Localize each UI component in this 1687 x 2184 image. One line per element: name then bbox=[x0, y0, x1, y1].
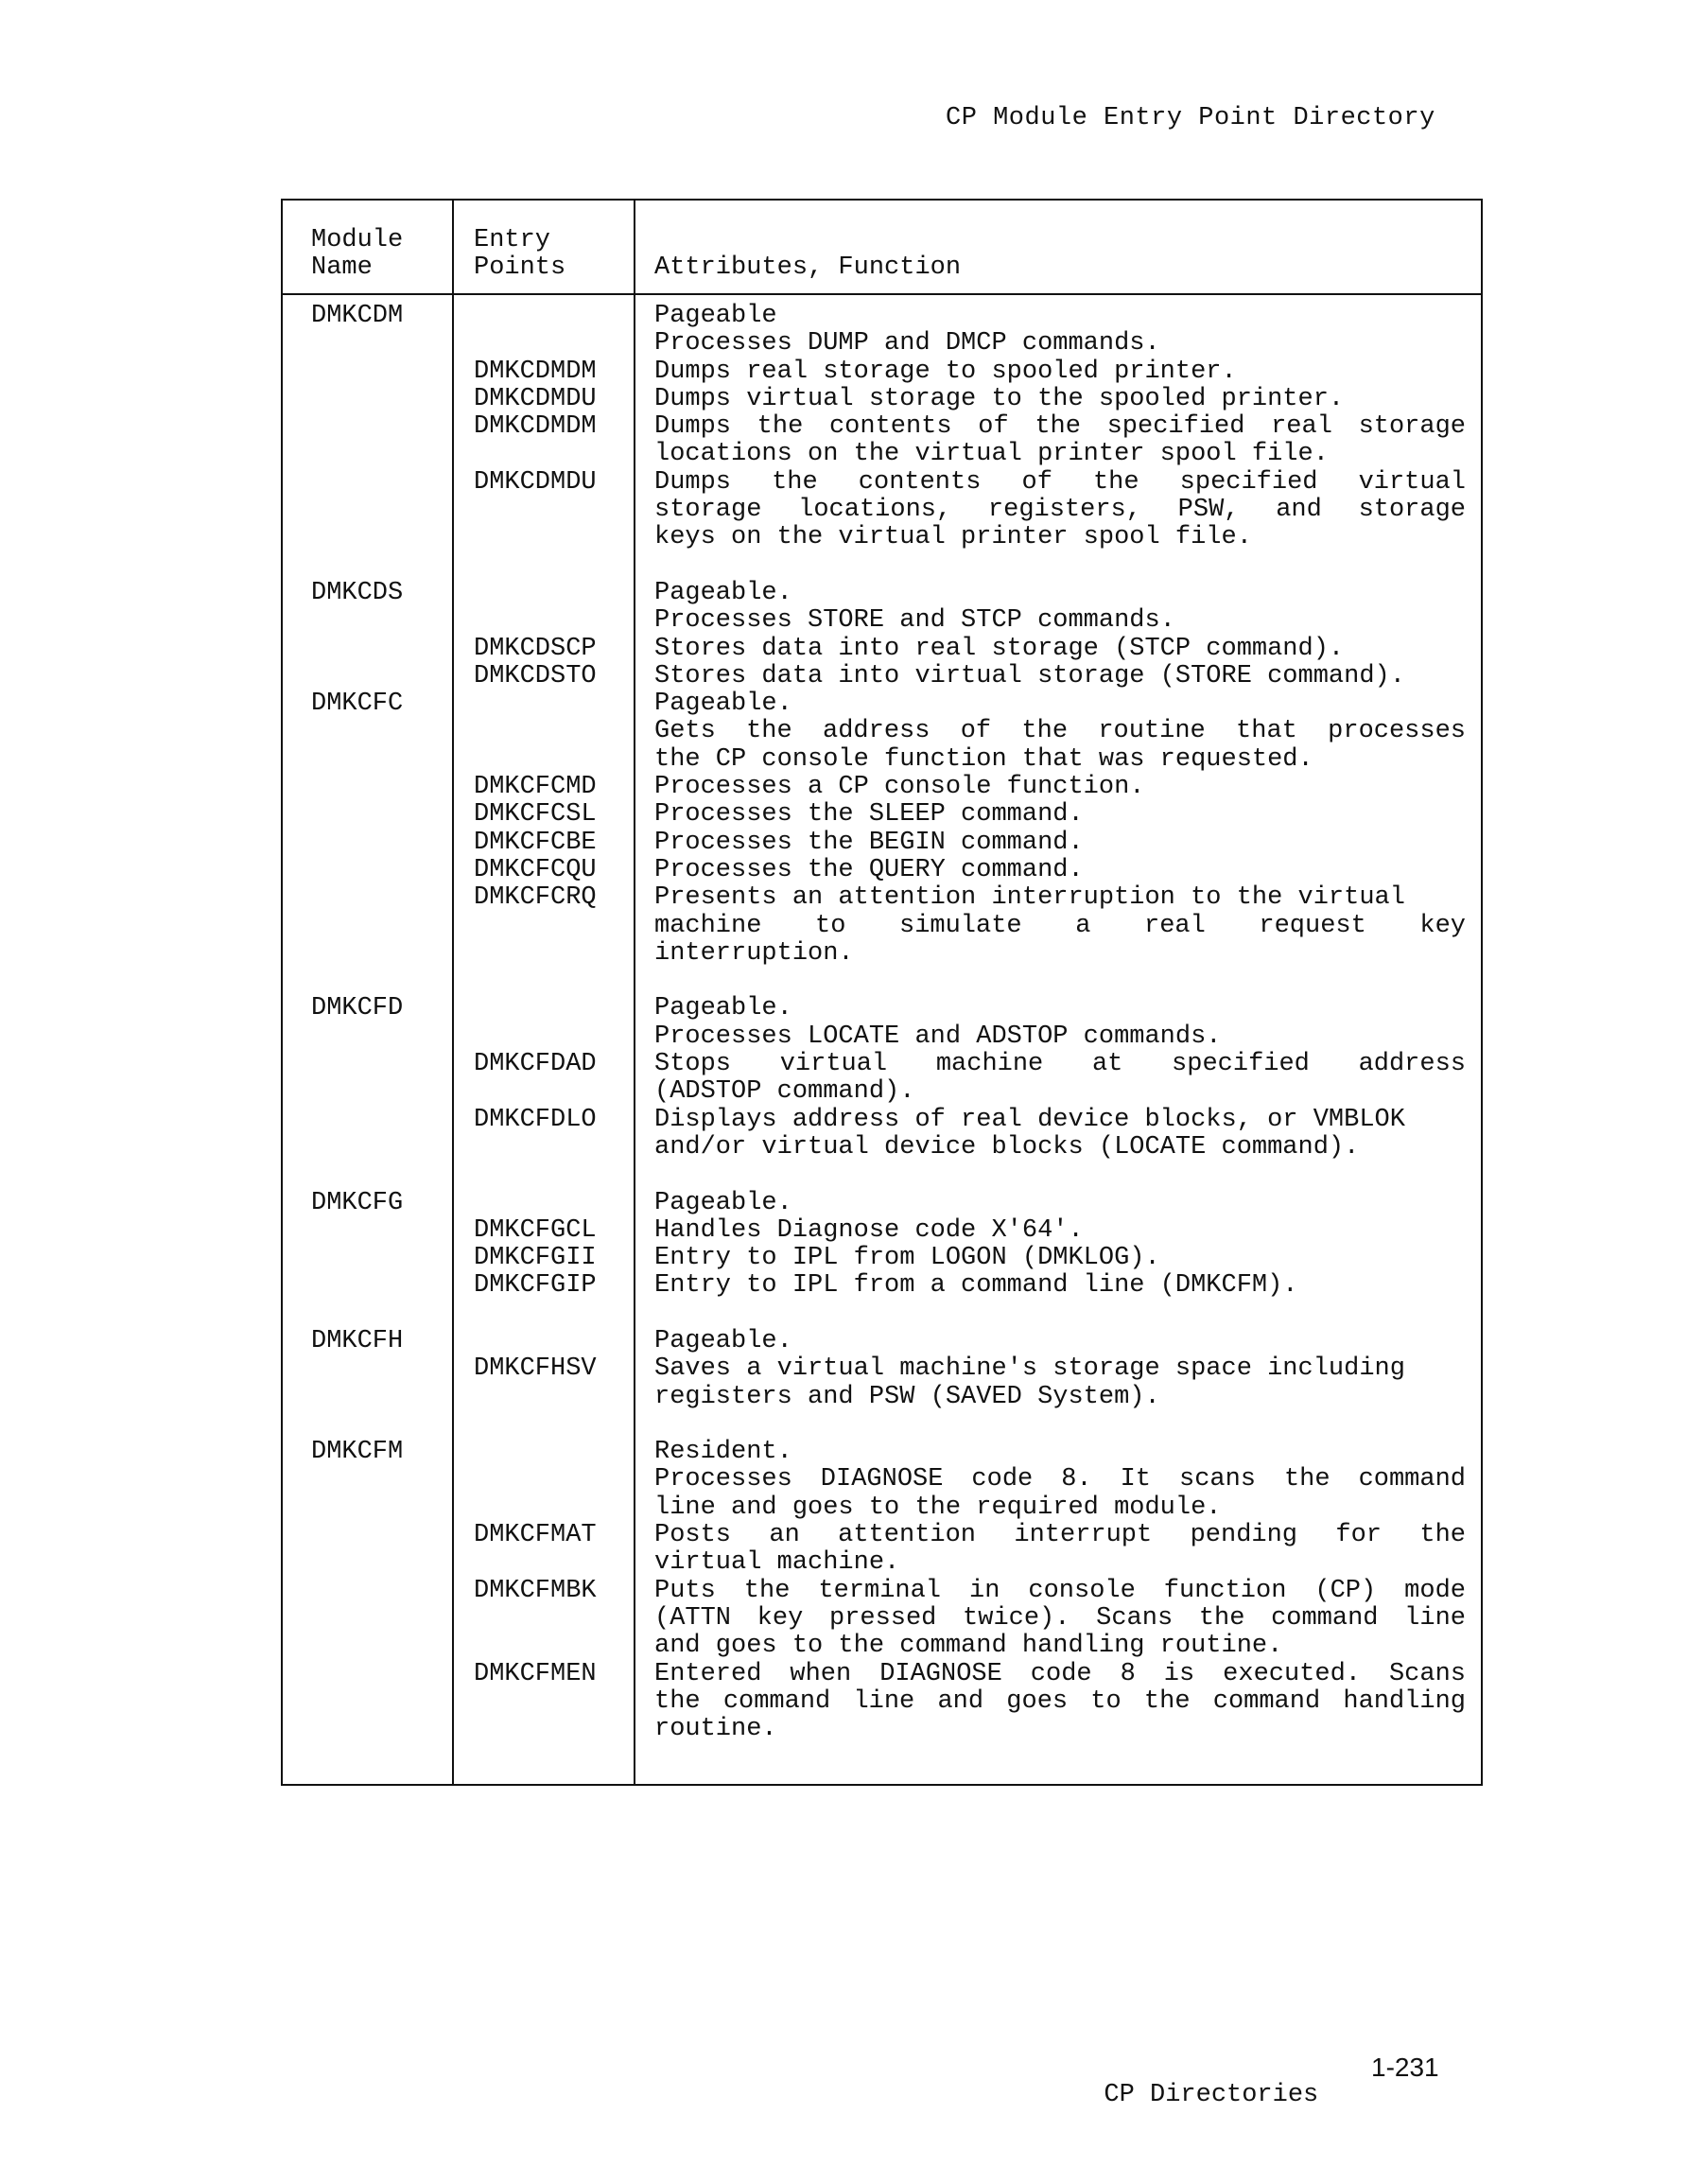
function-description: Resident. bbox=[654, 1439, 1466, 1466]
function-description: Puts the terminal in console function (C… bbox=[654, 1578, 1466, 1605]
table-row: DMKCFCPageable. bbox=[283, 690, 1481, 718]
function-description: the CP console function that was request… bbox=[654, 746, 1466, 774]
entry-point: DMKCFCQU bbox=[474, 857, 597, 884]
table-row: DMKCFMATPosts an attention interrupt pen… bbox=[283, 1522, 1481, 1549]
module-name: DMKCFM bbox=[311, 1439, 403, 1466]
entry-point: DMKCFCSL bbox=[474, 801, 597, 829]
function-description: Gets the address of the routine that pro… bbox=[654, 718, 1466, 745]
entry-point: DMKCFGIP bbox=[474, 1272, 597, 1300]
table-row: DMKCFCRQPresents an attention interrupti… bbox=[283, 884, 1481, 912]
table-row: DMKCFGIIEntry to IPL from LOGON (DMKLOG)… bbox=[283, 1245, 1481, 1272]
function-description: Entered when DIAGNOSE code 8 is executed… bbox=[654, 1661, 1466, 1688]
table-row: DMKCDSPageable. bbox=[283, 580, 1481, 607]
function-description: Pageable bbox=[654, 303, 1466, 330]
function-description: Handles Diagnose code X'64'. bbox=[654, 1217, 1466, 1245]
module-name: DMKCFG bbox=[311, 1190, 403, 1217]
function-description: Processes DIAGNOSE code 8. It scans the … bbox=[654, 1466, 1466, 1494]
table-row: DMKCFGCLHandles Diagnose code X'64'. bbox=[283, 1217, 1481, 1245]
table-row: DMKCDMPageable bbox=[283, 303, 1481, 330]
table-row: DMKCDSTOStores data into virtual storage… bbox=[283, 663, 1481, 690]
table-row bbox=[283, 1301, 1481, 1328]
table-row: DMKCFCMDProcesses a CP console function. bbox=[283, 774, 1481, 801]
function-description: keys on the virtual printer spool file. bbox=[654, 524, 1466, 551]
module-name: DMKCFH bbox=[311, 1328, 403, 1355]
table-row: Gets the address of the routine that pro… bbox=[283, 718, 1481, 745]
header-attributes: Attributes, Function bbox=[654, 254, 961, 282]
function-description: interruption. bbox=[654, 940, 1466, 968]
entry-point: DMKCFGII bbox=[474, 1245, 597, 1272]
header-module-line1: Module bbox=[311, 227, 403, 254]
function-description: routine. bbox=[654, 1716, 1466, 1743]
function-description: Pageable. bbox=[654, 1190, 1466, 1217]
function-description: and/or virtual device blocks (LOCATE com… bbox=[654, 1134, 1466, 1162]
function-description: Stops virtual machine at specified addre… bbox=[654, 1051, 1466, 1078]
table-row: the command line and goes to the command… bbox=[283, 1688, 1481, 1716]
table-row: Processes DIAGNOSE code 8. It scans the … bbox=[283, 1466, 1481, 1494]
table-row: DMKCFMENEntered when DIAGNOSE code 8 is … bbox=[283, 1661, 1481, 1688]
table-row bbox=[283, 552, 1481, 580]
entry-point: DMKCDMDU bbox=[474, 386, 597, 413]
function-description: Processes STORE and STCP commands. bbox=[654, 607, 1466, 635]
function-description: Pageable. bbox=[654, 1328, 1466, 1355]
entry-point-table: Module Name Entry Points Attributes, Fun… bbox=[281, 199, 1483, 1786]
table-row bbox=[283, 1162, 1481, 1189]
table-row: the CP console function that was request… bbox=[283, 746, 1481, 774]
function-description: Processes the SLEEP command. bbox=[654, 801, 1466, 829]
header-entry-line1: Entry bbox=[474, 227, 550, 254]
header-separator bbox=[283, 293, 1481, 295]
table-row: and goes to the command handling routine… bbox=[283, 1633, 1481, 1660]
function-description: the command line and goes to the command… bbox=[654, 1688, 1466, 1716]
running-header: CP Module Entry Point Directory bbox=[946, 104, 1435, 132]
table-body: DMKCDMPageableProcesses DUMP and DMCP co… bbox=[283, 303, 1481, 1743]
table-row: DMKCFCBEProcesses the BEGIN command. bbox=[283, 830, 1481, 857]
entry-point: DMKCFDLO bbox=[474, 1107, 597, 1134]
entry-point: DMKCFDAD bbox=[474, 1051, 597, 1078]
function-description: virtual machine. bbox=[654, 1549, 1466, 1577]
entry-point: DMKCDSTO bbox=[474, 663, 597, 690]
function-description: Dumps the contents of the specified virt… bbox=[654, 469, 1466, 497]
table-row bbox=[283, 968, 1481, 995]
table-row bbox=[283, 1411, 1481, 1439]
footer-section-title: CP Directories bbox=[1104, 2081, 1318, 2109]
table-row: Processes LOCATE and ADSTOP commands. bbox=[283, 1023, 1481, 1051]
table-row: DMKCFHSVSaves a virtual machine's storag… bbox=[283, 1355, 1481, 1383]
entry-point: DMKCDMDM bbox=[474, 413, 597, 441]
entry-point: DMKCFMAT bbox=[474, 1522, 597, 1549]
table-row: DMKCFDPageable. bbox=[283, 995, 1481, 1022]
function-description: Processes the QUERY command. bbox=[654, 857, 1466, 884]
table-row: (ATTN key pressed twice). Scans the comm… bbox=[283, 1605, 1481, 1633]
entry-point: DMKCFCMD bbox=[474, 774, 597, 801]
function-description: Pageable. bbox=[654, 995, 1466, 1022]
function-description: and goes to the command handling routine… bbox=[654, 1633, 1466, 1660]
entry-point: DMKCFHSV bbox=[474, 1355, 597, 1383]
page-number: 1-231 bbox=[1371, 2053, 1439, 2083]
module-name: DMKCDS bbox=[311, 580, 403, 607]
function-description: Processes DUMP and DMCP commands. bbox=[654, 330, 1466, 358]
table-row: DMKCDMDMDumps the contents of the specif… bbox=[283, 413, 1481, 441]
module-name: DMKCFD bbox=[311, 995, 403, 1022]
table-row: and/or virtual device blocks (LOCATE com… bbox=[283, 1134, 1481, 1162]
function-description: line and goes to the required module. bbox=[654, 1494, 1466, 1522]
function-description: (ATTN key pressed twice). Scans the comm… bbox=[654, 1605, 1466, 1633]
entry-point: DMKCDMDU bbox=[474, 469, 597, 497]
function-description: Stores data into real storage (STCP comm… bbox=[654, 636, 1466, 663]
function-description: Displays address of real device blocks, … bbox=[654, 1107, 1466, 1134]
table-row: interruption. bbox=[283, 940, 1481, 968]
function-description: Pageable. bbox=[654, 690, 1466, 718]
entry-point: DMKCFMEN bbox=[474, 1661, 597, 1688]
function-description: Dumps the contents of the specified real… bbox=[654, 413, 1466, 441]
function-description: Entry to IPL from a command line (DMKCFM… bbox=[654, 1272, 1466, 1300]
function-description: locations on the virtual printer spool f… bbox=[654, 441, 1466, 468]
table-row: (ADSTOP command). bbox=[283, 1078, 1481, 1106]
function-description: Dumps real storage to spooled printer. bbox=[654, 358, 1466, 386]
function-description: Saves a virtual machine's storage space … bbox=[654, 1355, 1466, 1383]
table-row: DMKCFCQUProcesses the QUERY command. bbox=[283, 857, 1481, 884]
table-row: DMKCFGPageable. bbox=[283, 1190, 1481, 1217]
table-row: DMKCFCSLProcesses the SLEEP command. bbox=[283, 801, 1481, 829]
function-description: Entry to IPL from LOGON (DMKLOG). bbox=[654, 1245, 1466, 1272]
entry-point: DMKCDSCP bbox=[474, 636, 597, 663]
function-description: Processes the BEGIN command. bbox=[654, 830, 1466, 857]
table-row: DMKCDMDUDumps virtual storage to the spo… bbox=[283, 386, 1481, 413]
module-name: DMKCDM bbox=[311, 303, 403, 330]
table-row: locations on the virtual printer spool f… bbox=[283, 441, 1481, 468]
table-row: DMKCFMBKPuts the terminal in console fun… bbox=[283, 1578, 1481, 1605]
table-row: DMKCFDADStops virtual machine at specifi… bbox=[283, 1051, 1481, 1078]
function-description: Presents an attention interruption to th… bbox=[654, 884, 1466, 912]
function-description: registers and PSW (SAVED System). bbox=[654, 1384, 1466, 1411]
function-description: Dumps virtual storage to the spooled pri… bbox=[654, 386, 1466, 413]
table-row: virtual machine. bbox=[283, 1549, 1481, 1577]
table-row: DMKCFGIPEntry to IPL from a command line… bbox=[283, 1272, 1481, 1300]
table-row: routine. bbox=[283, 1716, 1481, 1743]
table-row: line and goes to the required module. bbox=[283, 1494, 1481, 1522]
function-description: Processes LOCATE and ADSTOP commands. bbox=[654, 1023, 1466, 1051]
function-description: storage locations, registers, PSW, and s… bbox=[654, 497, 1466, 524]
entry-point: DMKCDMDM bbox=[474, 358, 597, 386]
entry-point: DMKCFCBE bbox=[474, 830, 597, 857]
function-description: Posts an attention interrupt pending for… bbox=[654, 1522, 1466, 1549]
table-row: Processes STORE and STCP commands. bbox=[283, 607, 1481, 635]
entry-point: DMKCFGCL bbox=[474, 1217, 597, 1245]
table-row: DMKCDMDUDumps the contents of the specif… bbox=[283, 469, 1481, 497]
table-row: DMKCDMDMDumps real storage to spooled pr… bbox=[283, 358, 1481, 386]
table-row: DMKCDSCPStores data into real storage (S… bbox=[283, 636, 1481, 663]
table-row: DMKCFMResident. bbox=[283, 1439, 1481, 1466]
table-row: Processes DUMP and DMCP commands. bbox=[283, 330, 1481, 358]
module-name: DMKCFC bbox=[311, 690, 403, 718]
table-row: keys on the virtual printer spool file. bbox=[283, 524, 1481, 551]
table-row: DMKCFHPageable. bbox=[283, 1328, 1481, 1355]
function-description: machine to simulate a real request key bbox=[654, 913, 1466, 940]
function-description: Processes a CP console function. bbox=[654, 774, 1466, 801]
function-description: (ADSTOP command). bbox=[654, 1078, 1466, 1106]
table-row: registers and PSW (SAVED System). bbox=[283, 1384, 1481, 1411]
table-row: storage locations, registers, PSW, and s… bbox=[283, 497, 1481, 524]
entry-point: DMKCFCRQ bbox=[474, 884, 597, 912]
header-module-line2: Name bbox=[311, 254, 373, 282]
function-description: Pageable. bbox=[654, 580, 1466, 607]
table-row: DMKCFDLODisplays address of real device … bbox=[283, 1107, 1481, 1134]
entry-point: DMKCFMBK bbox=[474, 1578, 597, 1605]
table-row: machine to simulate a real request key bbox=[283, 913, 1481, 940]
header-entry-line2: Points bbox=[474, 254, 565, 282]
page-footer: CP Directories 1-231 bbox=[1073, 2053, 1318, 2138]
function-description: Stores data into virtual storage (STORE … bbox=[654, 663, 1466, 690]
